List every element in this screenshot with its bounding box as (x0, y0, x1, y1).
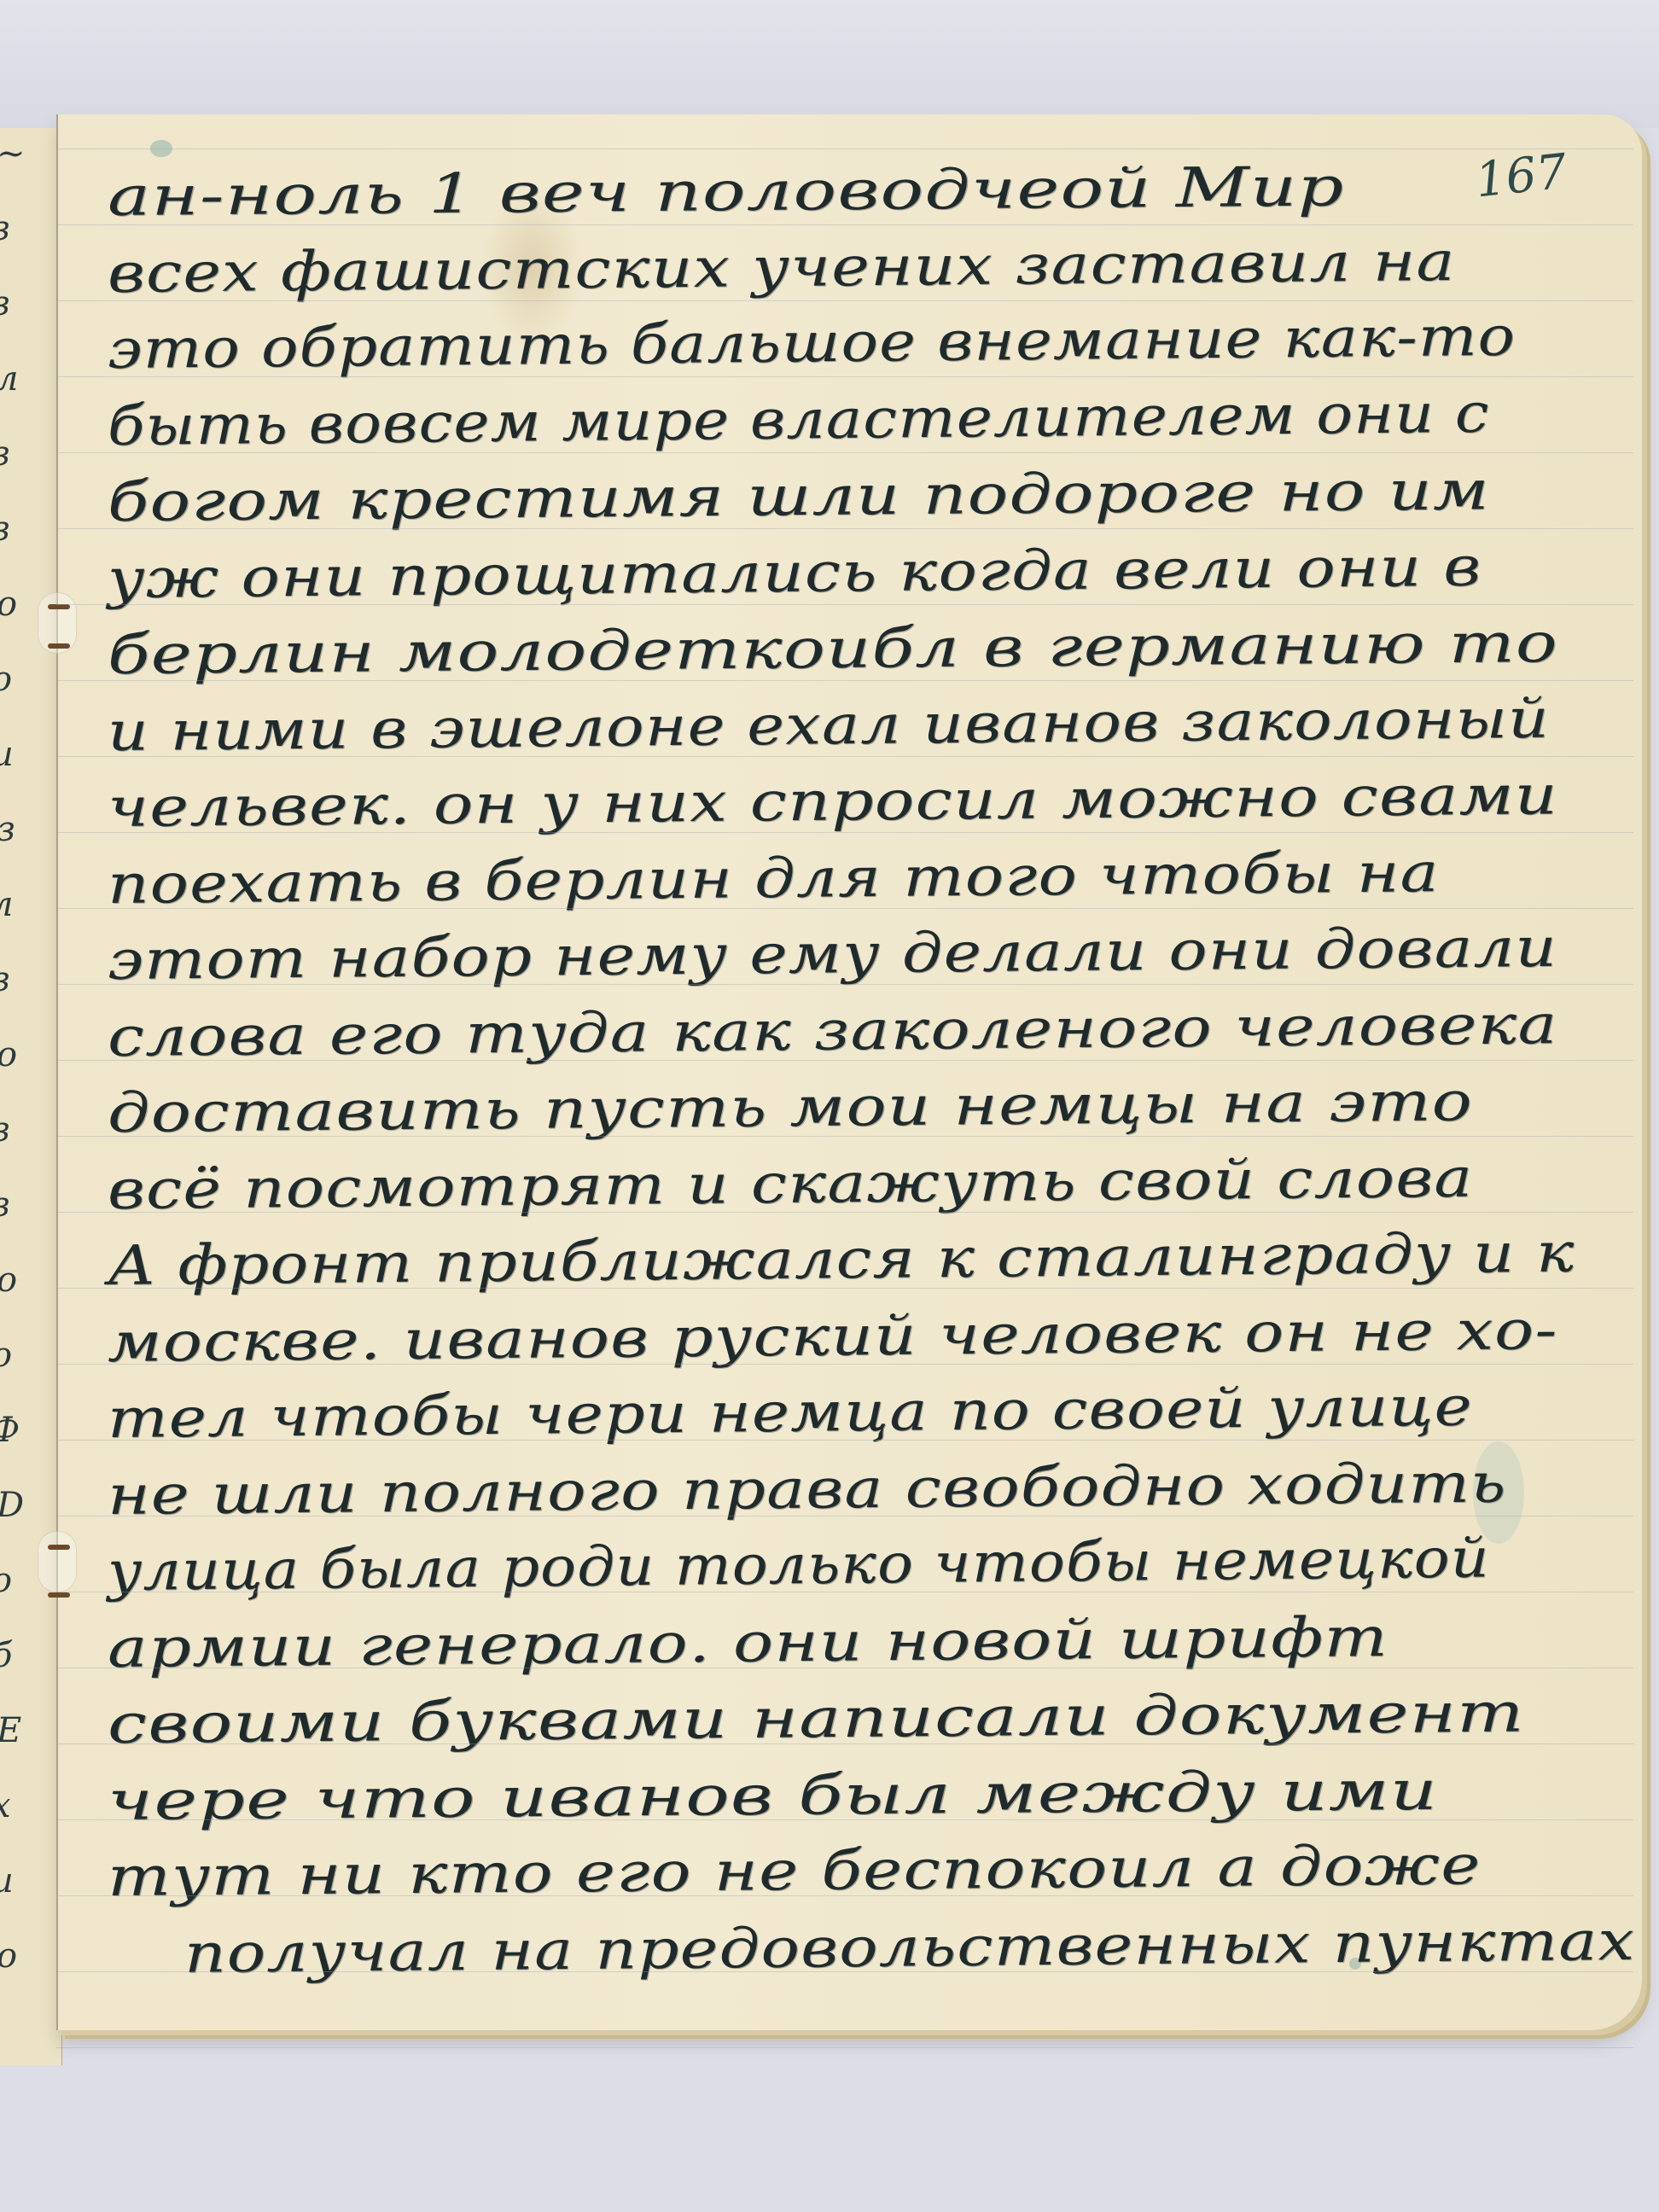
page-number: 167 (1473, 144, 1569, 209)
staple-upper-bottom (48, 643, 70, 649)
previous-page-glyph: о (0, 1038, 17, 1072)
ruled-line (56, 756, 1633, 757)
previous-page-margin: ~ззлззооизлзоззооФDобЕхио (0, 128, 62, 2065)
previous-page-glyph: и (0, 1864, 14, 1898)
handwritten-line: всех фашистских учених заставил на (108, 230, 1456, 305)
ruled-line (56, 224, 1633, 225)
ruled-line (56, 1060, 1633, 1061)
previous-page-glyph: х (0, 1789, 11, 1823)
ruled-line (56, 528, 1633, 529)
ruled-line (56, 908, 1633, 909)
handwritten-line: чере что иванов был между ими (107, 1759, 1438, 1832)
previous-page-glyph: о (0, 1338, 12, 1372)
ruled-line (56, 452, 1633, 453)
ruled-line (56, 1895, 1633, 1896)
ruled-line (56, 1516, 1633, 1516)
previous-page-glyph: о (0, 1563, 12, 1598)
previous-page-glyph: з (0, 812, 15, 847)
ruled-line (56, 1743, 1633, 1744)
handwritten-line: это обратить бальшое внемание как-то (108, 306, 1516, 381)
ruled-line (56, 300, 1633, 301)
previous-page-glyph: з (0, 1188, 10, 1222)
previous-page-glyph: о (0, 662, 12, 696)
handwritten-line: этот набор нему ему делали они довали (108, 917, 1558, 992)
handwritten-line: быть вовсем мире властелителем они с (108, 381, 1491, 457)
handwritten-line: уж они прощитались когда вели они в (108, 535, 1482, 610)
handwritten-line: поехать в берлин для того чтобы на (108, 841, 1440, 917)
ruled-line (56, 1136, 1633, 1137)
previous-page-glyph: з (0, 287, 10, 321)
ruled-line (56, 984, 1633, 985)
previous-page-glyph: з (0, 437, 10, 471)
handwritten-line: всё посмотрят и скажуть свой слова (108, 1146, 1474, 1221)
handwritten-line: богом крестимя шли подороге но им (108, 459, 1491, 534)
staple-lower-bottom (48, 1592, 70, 1598)
handwritten-line: слова его туда как заколеного человека (108, 993, 1558, 1069)
ruled-line (56, 604, 1633, 605)
handwritten-line: чельвек. он у них спросил можно свами (108, 764, 1559, 840)
previous-page-glyph: з (0, 1113, 10, 1147)
previous-page-glyph: л (0, 362, 18, 396)
ruled-line (56, 376, 1633, 377)
ruled-line (56, 1819, 1633, 1820)
ruled-line (56, 1440, 1633, 1441)
previous-page-glyph: Е (0, 1714, 21, 1748)
ruled-line (56, 1364, 1633, 1365)
staple-hole-lower (38, 1531, 77, 1592)
scan-background (0, 0, 1659, 128)
previous-page-glyph: о (0, 1939, 17, 1973)
ruled-line (56, 1971, 1633, 1972)
handwritten-line: доставить пусть мои немцы на это (108, 1070, 1474, 1145)
staple-lower-top (48, 1545, 70, 1550)
handwritten-line: А фронт приближался к сталинграду и к (108, 1222, 1575, 1298)
ruled-line (56, 2047, 1633, 2048)
previous-page-glyph: о (0, 587, 17, 621)
notebook-page: 167 ан-ноль 1 веч половодчеой Мирвсех фа… (56, 114, 1642, 2030)
handwritten-line: армии генерало. они новой шрифт (108, 1606, 1389, 1680)
ruled-line (56, 680, 1633, 681)
handwritten-line: ан-ноль 1 веч половодчеой Мир (107, 155, 1344, 229)
previous-page-glyph: л (0, 888, 13, 922)
ruled-line (56, 1668, 1633, 1668)
ruled-line (56, 1212, 1633, 1213)
previous-page-glyph: з (0, 212, 10, 246)
previous-page-glyph: ~ (0, 137, 26, 171)
handwritten-line: и ними в эшелоне ехал иванов заколоный (108, 687, 1551, 763)
previous-page-glyph: з (0, 963, 10, 997)
handwritten-line: своими буквами написали документ (108, 1681, 1525, 1756)
ruled-line (56, 148, 1633, 149)
ruled-line (56, 832, 1633, 833)
handwritten-line: берлин молодеткоибл в германию то (108, 612, 1559, 687)
previous-page-glyph: D (0, 1488, 24, 1522)
previous-page-glyph: б (0, 1639, 12, 1673)
ruled-line (56, 1592, 1633, 1592)
previous-page-glyph: з (0, 512, 10, 546)
previous-page-glyph: Ф (0, 1413, 20, 1447)
previous-page-glyph: о (0, 1263, 17, 1297)
handwritten-line: получал на предовольственных пунктах (184, 1909, 1636, 1985)
handwritten-line: тут ни кто его не беспокоил а доже (108, 1834, 1481, 1909)
previous-page-glyph: и (0, 737, 14, 771)
ruled-line (56, 1288, 1633, 1289)
